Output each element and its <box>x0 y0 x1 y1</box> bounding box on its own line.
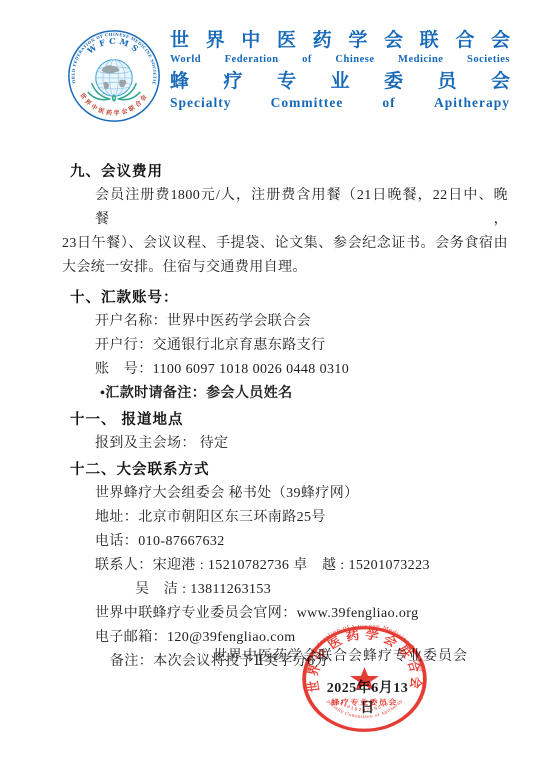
contact-line-2: 吴 洁 : 13811263153 <box>62 578 508 602</box>
committee-office-line: 世界蜂疗大会组委会 秘书处（39蜂疗网） <box>62 482 508 506</box>
account-number-line: 账 号：1100 6097 1018 0026 0448 0310 <box>62 358 508 382</box>
section-11-heading: 十一、 报道地点 <box>62 408 508 432</box>
org-title-en: World Federation of Chinese Medicine Soc… <box>170 53 510 67</box>
fee-paragraph-line: 会员注册费1800元/人，注册费含用餐（21日晚餐，22日中、晚餐， <box>62 184 508 232</box>
letterhead: WORLD FEDERATION OF CHINESE MEDICINE SOC… <box>66 28 510 124</box>
committee-title-cn: 蜂疗专业委员会 <box>170 70 510 94</box>
venue-line: 报到及主会场： 待定 <box>62 432 508 456</box>
website-line: 世界中联蜂疗专业委员会官网：www.39fengliao.org <box>62 602 508 626</box>
address-line: 地址：北京市朝阳区东三环南路25号 <box>62 506 508 530</box>
phone-line: 电话：010-87667632 <box>62 530 508 554</box>
section-12-heading: 十二、大会联系方式 <box>62 458 508 482</box>
signature-org: 世界中医药学会联合会蜂疗专业委员会 <box>0 645 468 665</box>
remit-note-line: •汇款时请备注：参会人员姓名 <box>62 382 508 406</box>
document-page: WORLD FEDERATION OF CHINESE MEDICINE SOC… <box>0 0 550 777</box>
section-9-heading: 九、会议费用 <box>62 160 508 184</box>
contacts-line: 联系人：宋迎港 : 15210782736 卓 越 : 15201073223 <box>62 554 508 578</box>
committee-title-en: Specialty Committee of Apitherapy <box>170 94 510 111</box>
section-10-heading: 十、汇款账号： <box>62 286 508 310</box>
wfcms-logo: WORLD FEDERATION OF CHINESE MEDICINE SOC… <box>66 28 162 124</box>
bank-branch-line: 开户行：交通银行北京育惠东路支行 <box>62 334 508 358</box>
org-title-block: 世界中医药学会联合会 World Federation of Chinese M… <box>170 28 510 111</box>
account-name-line: 开户名称：世界中医药学会联合会 <box>62 310 508 334</box>
org-title-cn: 世界中医药学会联合会 <box>170 28 510 53</box>
signature-date: 2025年6月13日 <box>320 677 415 717</box>
fee-paragraph-line: 23日午餐）、会议议程、手提袋、论文集、参会纪念证书。会务食宿由 <box>62 232 508 256</box>
fee-paragraph-line: 大会统一安排。住宿与交通费用自理。 <box>62 256 508 280</box>
globe-icon <box>96 60 132 96</box>
document-body: 九、会议费用 会员注册费1800元/人，注册费含用餐（21日晚餐，22日中、晚餐… <box>62 160 508 674</box>
